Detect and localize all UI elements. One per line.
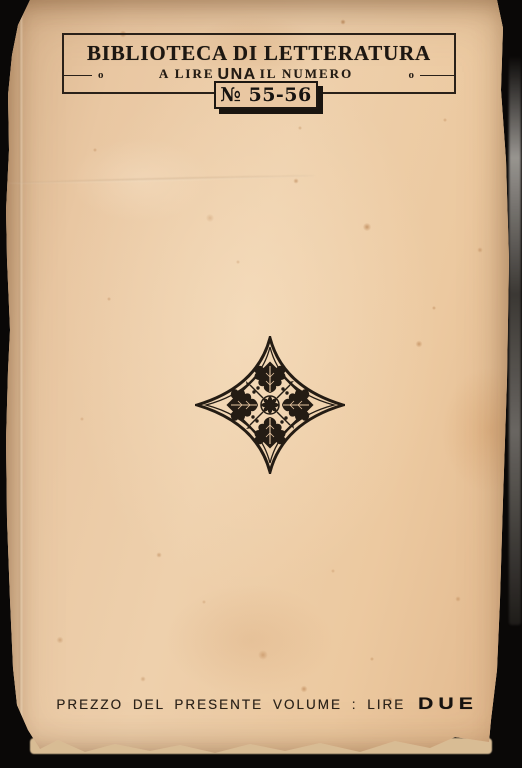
book-pages-fore-edge: [509, 55, 521, 625]
foliate-diamond-ornament-icon: [195, 336, 345, 474]
series-title: BIBLIOTECA DI LETTERATURA: [64, 41, 454, 66]
left-circle-marker: o: [92, 70, 110, 81]
issue-number-box: № 55-56: [214, 81, 318, 109]
price-label: PREZZO DEL PRESENTE VOLUME : LIRE: [56, 697, 405, 712]
book-cover-photo: BIBLIOTECA DI LETTERATURA o A LIREUNAIL …: [0, 0, 522, 768]
subtitle-post: IL NUMERO: [260, 66, 353, 81]
horizontal-crease: [6, 174, 316, 185]
price-line: PREZZO DEL PRESENTE VOLUME : LIRE DUE: [0, 694, 522, 714]
vertical-crease: [19, 0, 23, 768]
price-value: DUE: [418, 694, 478, 714]
subtitle-pre: A LIRE: [159, 66, 215, 81]
right-rule: [420, 75, 456, 76]
right-circle-marker: o: [403, 70, 421, 81]
left-rule: [62, 75, 92, 76]
book-cover: BIBLIOTECA DI LETTERATURA o A LIREUNAIL …: [0, 0, 522, 768]
issue-number: № 55-56: [220, 84, 312, 106]
